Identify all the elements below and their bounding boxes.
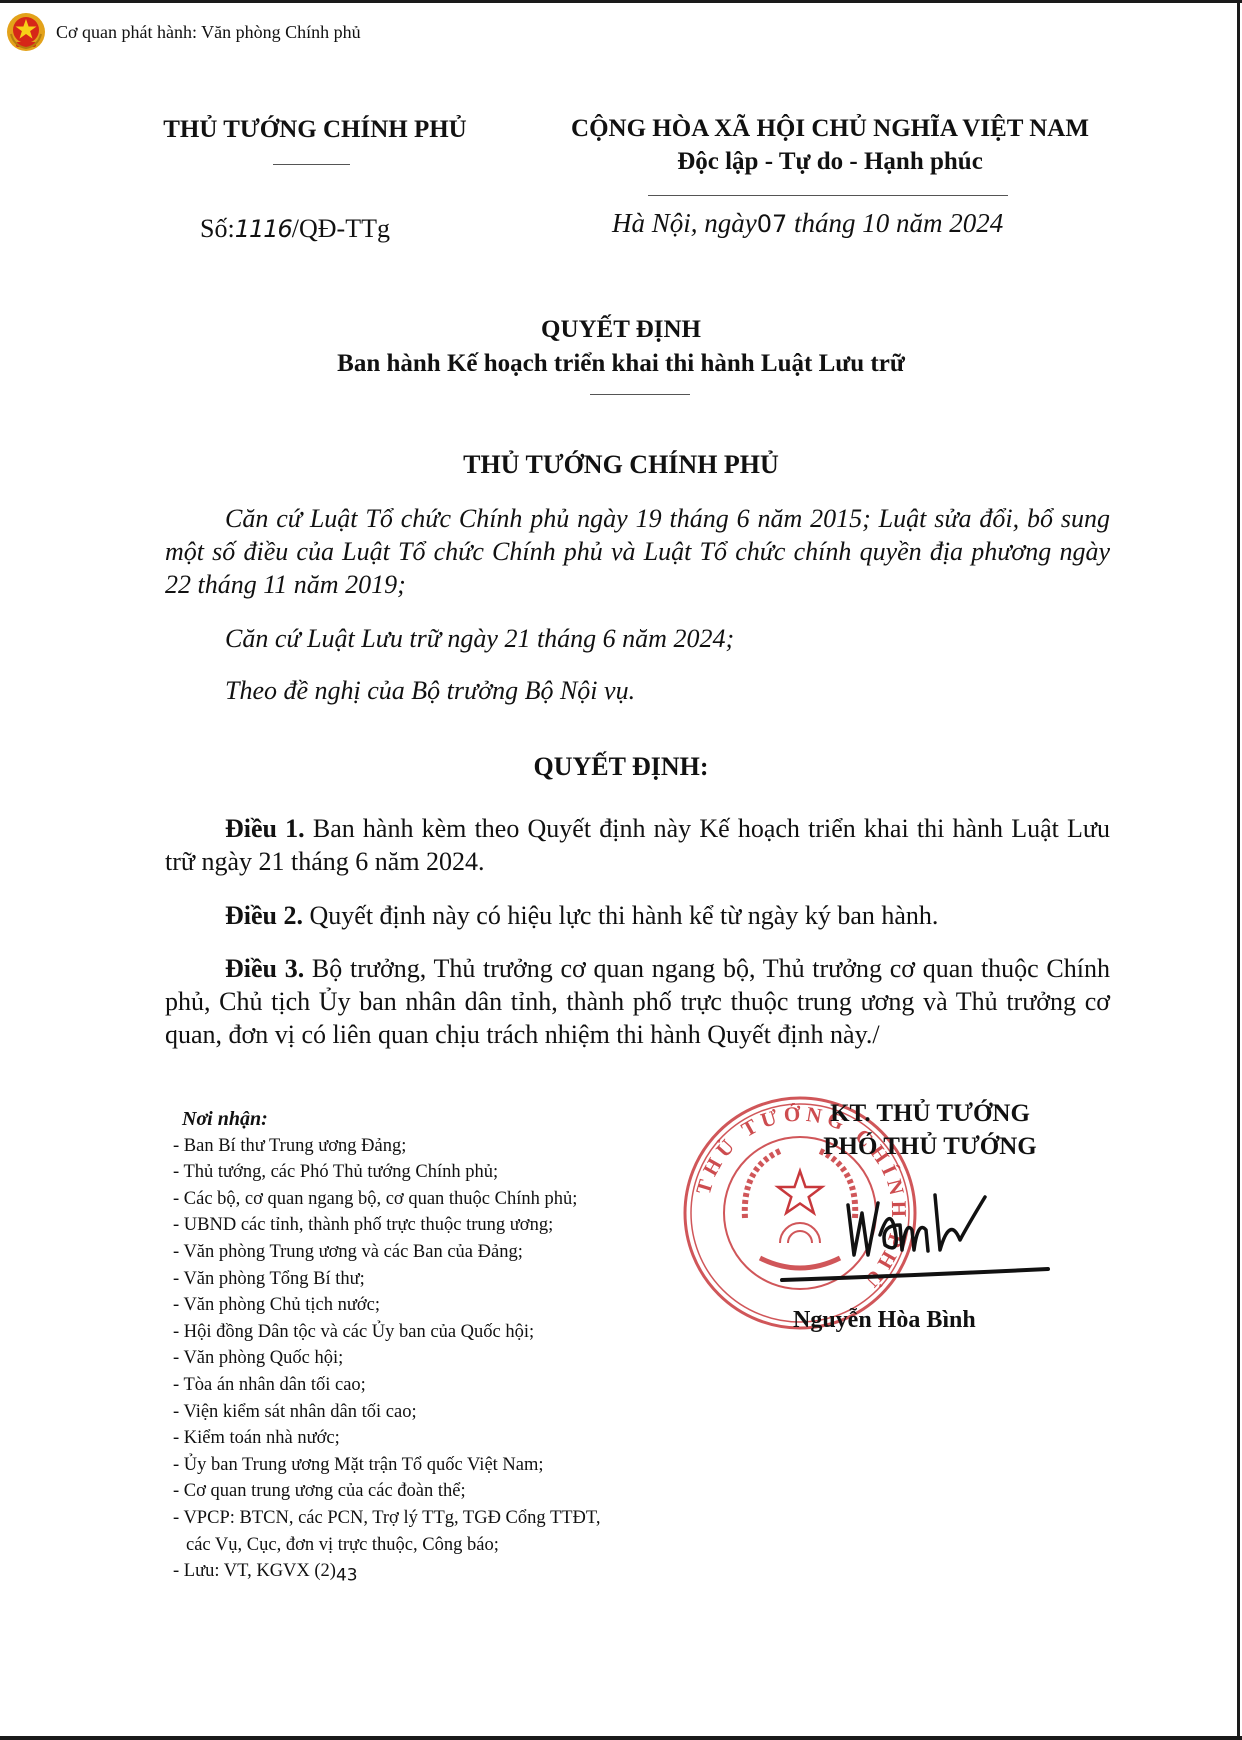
page-border-bottom: [0, 1736, 1242, 1740]
list-item: - Thủ tướng, các Phó Thủ tướng Chính phủ…: [173, 1159, 713, 1186]
list-item: - Văn phòng Quốc hội;: [173, 1345, 713, 1372]
list-item: - Tòa án nhân dân tối cao;: [173, 1372, 713, 1399]
day-handwritten: 07: [757, 210, 788, 238]
signing-on-behalf: KT. THỦ TƯỚNG: [760, 1097, 1100, 1130]
decision-heading: QUYẾT ĐỊNH:: [0, 752, 1242, 782]
agency-name: THỦ TƯỚNG CHÍNH PHỦ: [140, 116, 490, 144]
document-type: QUYẾT ĐỊNH: [0, 313, 1242, 347]
title-underline: [590, 394, 690, 395]
list-item: - Các bộ, cơ quan ngang bộ, cơ quan thuộ…: [173, 1186, 713, 1213]
article-2: Điều 2. Quyết định này có hiệu lực thi h…: [165, 899, 1110, 932]
archive-line: - Lưu: VT, KGVX (2)43: [173, 1558, 713, 1589]
signer-name: Nguyễn Hòa Bình: [793, 1307, 976, 1334]
page-border-right: [1237, 0, 1240, 1740]
national-heading: CỘNG HÒA XÃ HỘI CHỦ NGHĨA VIỆT NAM Độc l…: [530, 112, 1130, 178]
signature-block: KT. THỦ TƯỚNG PHÓ THỦ TƯỚNG: [760, 1097, 1100, 1163]
page-border-top: [0, 0, 1242, 3]
list-item: - Ủy ban Trung ương Mặt trận Tổ quốc Việ…: [173, 1452, 713, 1479]
agency-underline: [273, 164, 350, 165]
recipients-list: Nơi nhận: - Ban Bí thư Trung ương Đảng; …: [173, 1106, 713, 1589]
document-number-handwritten: 1116: [235, 215, 292, 243]
country-name: CỘNG HÒA XÃ HỘI CHỦ NGHĨA VIỆT NAM: [530, 112, 1130, 145]
recipients-heading: Nơi nhận:: [182, 1106, 713, 1133]
list-item: - UBND các tỉnh, thành phố trực thuộc tr…: [173, 1212, 713, 1239]
preamble-proposal: Theo đề nghị của Bộ trưởng Bộ Nội vụ.: [165, 674, 1110, 707]
article-3: Điều 3. Bộ trưởng, Thủ trưởng cơ quan ng…: [165, 952, 1110, 1051]
vietnam-national-emblem-icon: [6, 12, 46, 52]
motto-underline: [648, 195, 1008, 196]
issuer-label: Cơ quan phát hành: Văn phòng Chính phủ: [56, 22, 361, 43]
list-item: - Văn phòng Chủ tịch nước;: [173, 1292, 713, 1319]
document-number: Số:1116/QĐ-TTg: [200, 214, 390, 244]
preamble-basis-2: Căn cứ Luật Lưu trữ ngày 21 tháng 6 năm …: [165, 622, 1110, 655]
list-item: - VPCP: BTCN, các PCN, Trợ lý TTg, TGĐ C…: [173, 1505, 713, 1532]
list-item: - Ban Bí thư Trung ương Đảng;: [173, 1133, 713, 1160]
list-item: - Cơ quan trung ương của các đoàn thể;: [173, 1478, 713, 1505]
list-item: - Kiểm toán nhà nước;: [173, 1425, 713, 1452]
national-motto: Độc lập - Tự do - Hạnh phúc: [530, 145, 1130, 178]
list-item: - Viện kiểm sát nhân dân tối cao;: [173, 1399, 713, 1426]
list-item: các Vụ, Cục, đơn vị trực thuộc, Công báo…: [173, 1532, 713, 1559]
archive-count-handwritten: 43: [336, 1566, 358, 1586]
list-item: - Văn phòng Trung ương và các Ban của Đả…: [173, 1239, 713, 1266]
document-subject: Ban hành Kế hoạch triển khai thi hành Lu…: [0, 347, 1242, 381]
list-item: - Văn phòng Tổng Bí thư;: [173, 1266, 713, 1293]
signer-position: PHÓ THỦ TƯỚNG: [760, 1130, 1100, 1163]
list-item: - Hội đồng Dân tộc và các Ủy ban của Quố…: [173, 1319, 713, 1346]
place-and-date: Hà Nội, ngày07 tháng 10 năm 2024: [612, 208, 1003, 239]
article-1: Điều 1. Ban hành kèm theo Quyết định này…: [165, 812, 1110, 878]
preamble-basis-1: Căn cứ Luật Tổ chức Chính phủ ngày 19 th…: [165, 502, 1110, 601]
issuing-authority: THỦ TƯỚNG CHÍNH PHỦ: [0, 450, 1242, 480]
signature-stroke-icon: [780, 1266, 1050, 1284]
issuer-bar: Cơ quan phát hành: Văn phòng Chính phủ: [6, 12, 361, 52]
document-title: QUYẾT ĐỊNH Ban hành Kế hoạch triển khai …: [0, 313, 1242, 381]
handwritten-signature-icon: [840, 1185, 990, 1265]
